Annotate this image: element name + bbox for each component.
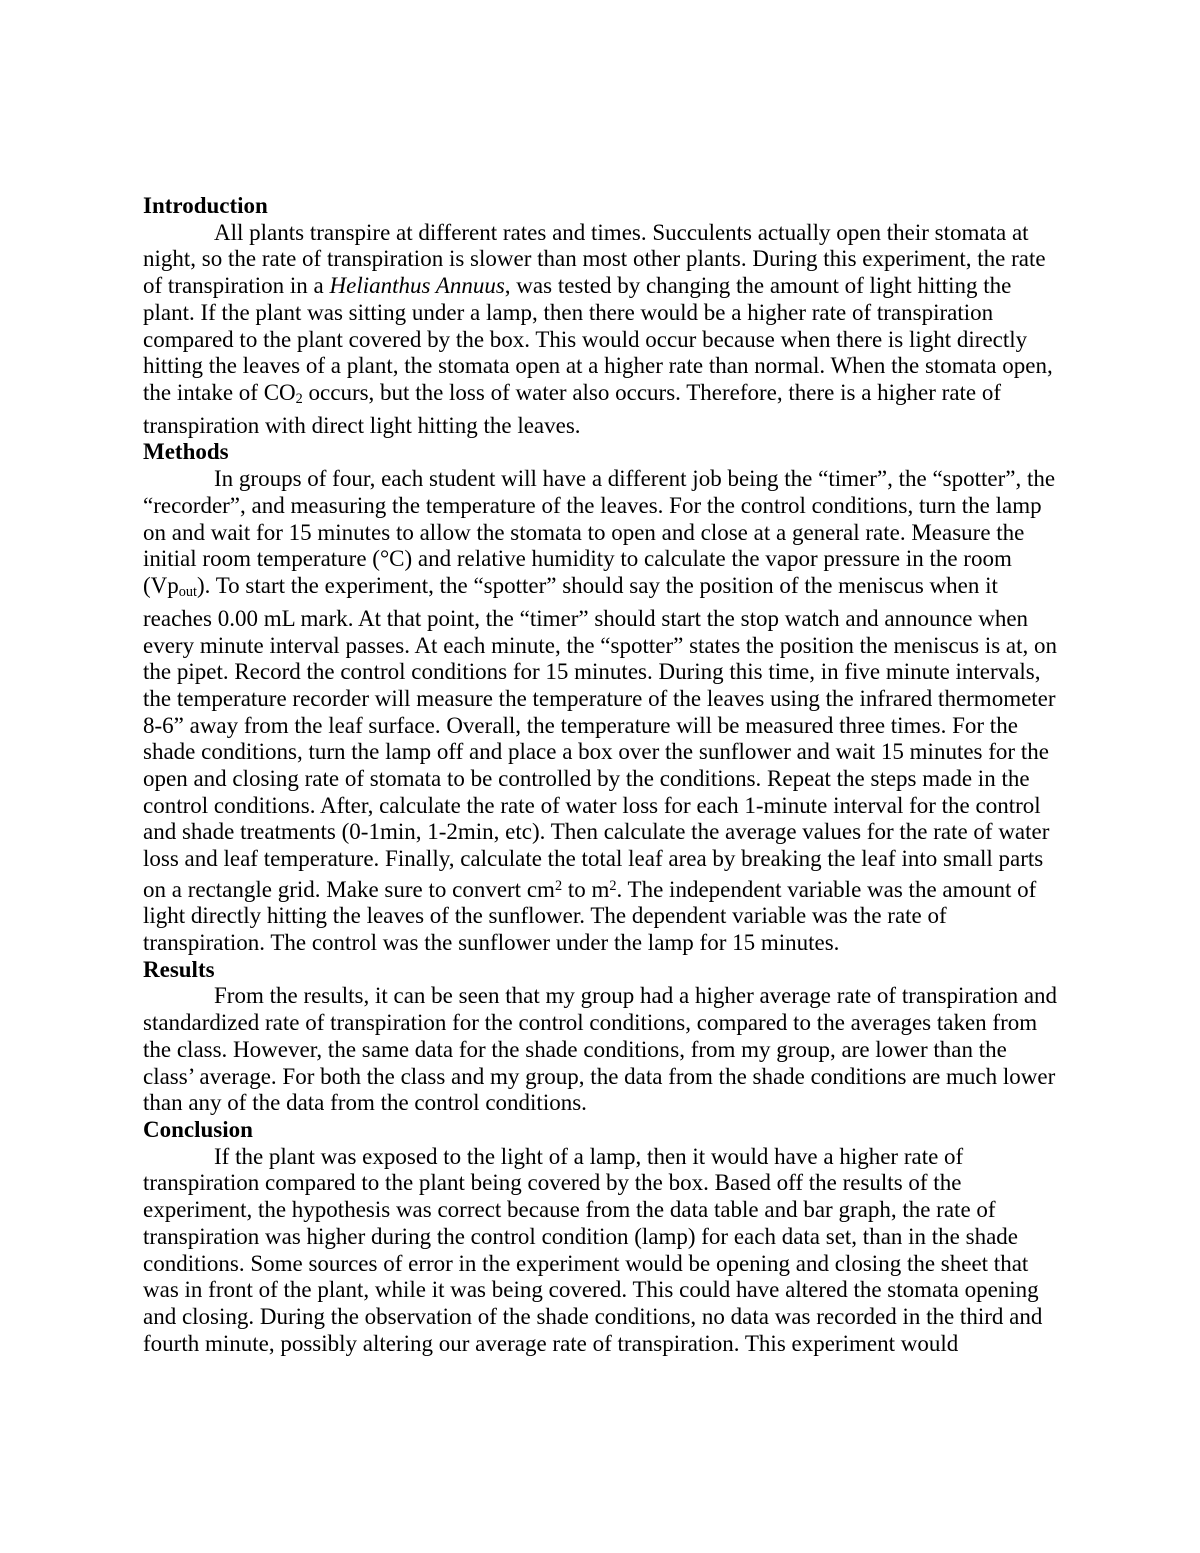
text-run: to m [562, 877, 609, 902]
document-page: IntroductionAll plants transpire at diff… [0, 0, 1200, 1553]
section-paragraph: If the plant was exposed to the light of… [143, 1144, 1060, 1358]
section-heading: Conclusion [143, 1117, 1060, 1144]
section-paragraph: From the results, it can be seen that my… [143, 983, 1060, 1117]
text-run-italic: Helianthus Annuus [330, 273, 505, 298]
section-conclusion: ConclusionIf the plant was exposed to th… [143, 1117, 1060, 1357]
section-methods: MethodsIn groups of four, each student w… [143, 439, 1060, 956]
section-paragraph: All plants transpire at different rates … [143, 220, 1060, 440]
section-heading: Introduction [143, 193, 1060, 220]
text-run: ). To start the experiment, the “spotter… [143, 573, 1057, 902]
document-body: IntroductionAll plants transpire at diff… [143, 193, 1060, 1357]
section-introduction: IntroductionAll plants transpire at diff… [143, 193, 1060, 439]
section-heading: Results [143, 957, 1060, 984]
text-run-sub: 2 [296, 391, 303, 407]
text-run: If the plant was exposed to the light of… [143, 1144, 1042, 1356]
section-heading: Methods [143, 439, 1060, 466]
text-run: From the results, it can be seen that my… [143, 983, 1057, 1115]
text-run-sub: out [179, 584, 197, 600]
section-paragraph: In groups of four, each student will hav… [143, 466, 1060, 957]
section-results: ResultsFrom the results, it can be seen … [143, 957, 1060, 1117]
text-run-sup: 2 [555, 878, 562, 894]
